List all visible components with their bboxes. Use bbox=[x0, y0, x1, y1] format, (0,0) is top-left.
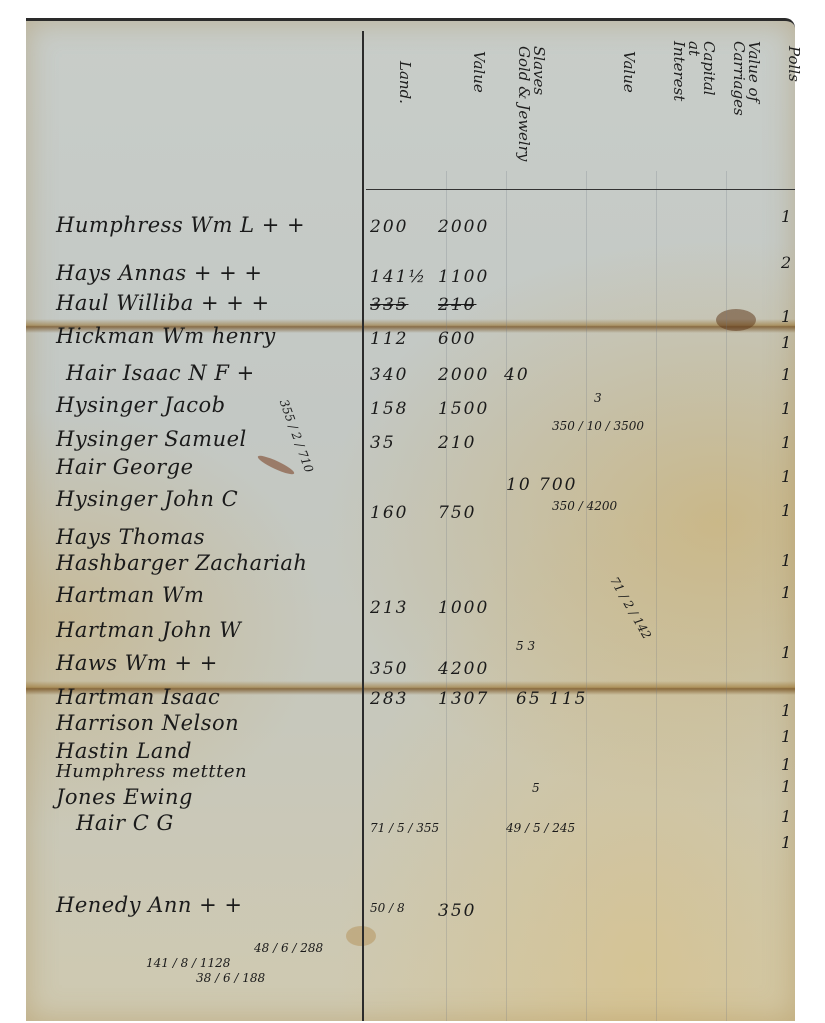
slaves-count: 65 115 bbox=[516, 689, 587, 709]
land-value-amount: 1307 bbox=[438, 689, 489, 709]
margin-calculation: 38 / 6 / 188 bbox=[196, 971, 265, 985]
margin-calculation: 48 / 6 / 288 bbox=[254, 941, 323, 955]
entry-name: Harrison Nelson bbox=[56, 711, 239, 735]
land-value: 112 bbox=[370, 329, 408, 349]
polls-count: 1 bbox=[781, 467, 791, 486]
land-value: 141½ bbox=[370, 267, 427, 287]
land-value-amount: 4200 bbox=[438, 659, 489, 679]
entry-name: Hashbarger Zachariah bbox=[56, 551, 307, 575]
margin-calculation: 141 / 8 / 1128 bbox=[146, 956, 230, 970]
grid-line bbox=[656, 171, 657, 1021]
land-value-amount: 1000 bbox=[438, 598, 489, 618]
land-value: 160 bbox=[370, 503, 408, 523]
ink-stain bbox=[716, 309, 756, 331]
land-value: 200 bbox=[370, 217, 408, 237]
land-value-amount: 210 bbox=[438, 433, 476, 453]
land-value-amount: 600 bbox=[438, 329, 476, 349]
grid-line bbox=[726, 171, 727, 1021]
slaves-value: 350 / 10 / 3500 bbox=[552, 419, 612, 433]
land-value: 71 / 5 / 355 bbox=[370, 821, 430, 835]
entry-name: Jones Ewing bbox=[56, 785, 193, 809]
entry-name: Hastin Land bbox=[56, 739, 192, 763]
entry-name: Humphress Wm L + + bbox=[56, 213, 305, 237]
land-value-amount: 1500 bbox=[438, 399, 489, 419]
slaves-value: 10 700 bbox=[506, 475, 577, 495]
polls-count: 1 bbox=[781, 755, 791, 774]
land-value-amount: 750 bbox=[438, 503, 476, 523]
polls-count: 1 bbox=[781, 777, 791, 796]
slaves-value: 49 / 5 / 245 bbox=[506, 821, 566, 835]
header-polls: Polls bbox=[771, 46, 801, 82]
slaves-value: 71 / 2 / 142 bbox=[607, 575, 654, 642]
polls-count: 1 bbox=[781, 501, 791, 520]
ink-stain bbox=[256, 453, 296, 477]
header-slaves-value: Value bbox=[606, 51, 636, 93]
polls-count: 1 bbox=[781, 727, 791, 746]
column-divider bbox=[362, 31, 364, 1021]
ink-stain bbox=[346, 926, 376, 946]
slaves-count: 5 bbox=[532, 781, 540, 795]
land-value-amount: 2̶1̶0̶ bbox=[438, 295, 476, 315]
entry-name: Hair Isaac N F + bbox=[66, 361, 255, 385]
ledger-page: Land. Value Slaves Gold & Jewelry Value … bbox=[26, 18, 795, 1021]
header-capital: Capital at Interest bbox=[666, 41, 716, 101]
entry-name: Henedy Ann + + bbox=[56, 893, 242, 917]
entry-name: Hysinger John C bbox=[56, 487, 238, 511]
land-value-amount: 350 bbox=[438, 901, 476, 921]
grid-line bbox=[586, 171, 587, 1021]
land-value: 350 bbox=[370, 659, 408, 679]
polls-count: 1 bbox=[781, 433, 791, 452]
land-value: 213 bbox=[370, 598, 408, 618]
header-land: Land. bbox=[382, 61, 412, 104]
land-value: 50 / 8 bbox=[370, 901, 405, 915]
entry-name: Hartman Wm bbox=[56, 583, 204, 607]
land-value-amount: 2000 bbox=[438, 217, 489, 237]
entry-name: Haul Williba + + + bbox=[56, 291, 270, 315]
land-value: 283 bbox=[370, 689, 408, 709]
header-land-value: Value bbox=[456, 51, 486, 93]
entry-name: Haws Wm + + bbox=[56, 651, 218, 675]
entry-name: Hysinger Jacob bbox=[56, 393, 226, 417]
slaves-value: 3 bbox=[594, 391, 602, 405]
polls-count: 1 bbox=[781, 643, 791, 662]
land-value: 35 bbox=[370, 433, 396, 453]
entry-name: Hays Thomas bbox=[56, 525, 205, 549]
entry-name: Hysinger Samuel bbox=[56, 427, 247, 451]
polls-count: 1 bbox=[781, 551, 791, 570]
land-value: 3̶3̶5̶ bbox=[370, 295, 408, 315]
polls-count: 1 bbox=[781, 701, 791, 720]
land-value: 340 bbox=[370, 365, 408, 385]
polls-count: 1 bbox=[781, 307, 791, 326]
polls-count: 1 bbox=[781, 207, 791, 226]
entry-name: Humphress mettten bbox=[56, 761, 247, 782]
land-value-amount: 1100 bbox=[438, 267, 489, 287]
polls-count: 1 bbox=[781, 833, 791, 852]
header-carriages: Value of Carriages bbox=[726, 41, 761, 116]
polls-count: 1 bbox=[781, 583, 791, 602]
slaves-count: 5 3 bbox=[516, 639, 535, 653]
slaves-count: 40 bbox=[504, 365, 530, 385]
polls-count: 1 bbox=[781, 399, 791, 418]
polls-count: 1 bbox=[781, 807, 791, 826]
polls-count: 2 bbox=[781, 253, 791, 272]
entry-name: Hickman Wm henry bbox=[56, 324, 276, 348]
slaves-value: 350 / 4200 bbox=[552, 499, 617, 513]
entry-name: Hair George bbox=[56, 455, 194, 479]
entry-name: Hartman Isaac bbox=[56, 685, 220, 709]
polls-count: 1 bbox=[781, 333, 791, 352]
polls-count: 1 bbox=[781, 365, 791, 384]
grid-line bbox=[506, 171, 507, 1021]
header-slaves: Slaves Gold & Jewelry bbox=[506, 46, 546, 161]
land-value: 158 bbox=[370, 399, 408, 419]
header-rule bbox=[366, 189, 795, 190]
entry-name: Hartman John W bbox=[56, 618, 241, 642]
land-value-amount: 2000 bbox=[438, 365, 489, 385]
entry-name: Hays Annas + + + bbox=[56, 261, 262, 285]
entry-name: Hair C G bbox=[76, 811, 174, 835]
